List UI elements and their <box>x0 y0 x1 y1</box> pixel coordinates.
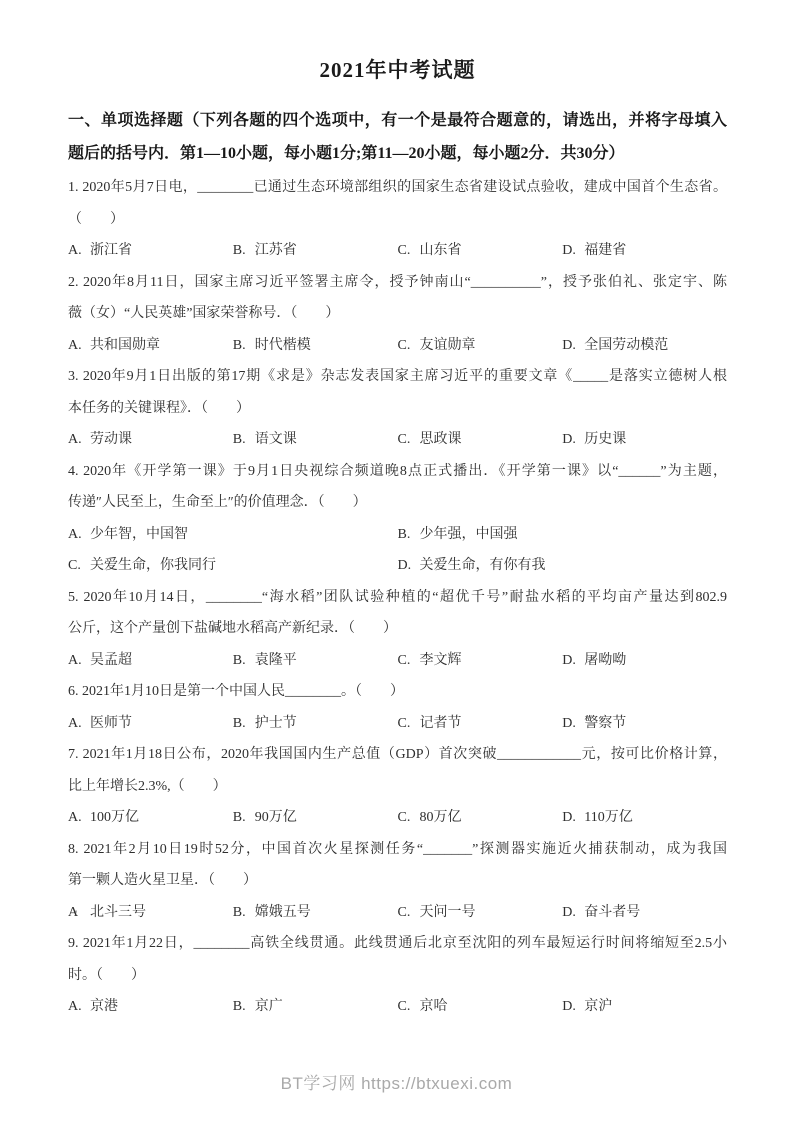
option-text: 少年强，中国强 <box>420 527 518 542</box>
option-letter: B. <box>233 897 247 929</box>
option-letter: B. <box>233 708 247 740</box>
option-text: 历史课 <box>584 432 626 447</box>
question-3-line-1: 3. 2020年9月1日出版的第17期《求是》杂志发表国家主席习近平的重要文章《… <box>68 361 727 393</box>
option-text: 李文辉 <box>420 653 462 668</box>
question-3-line-2: 本任务的关键课程》．（ ） <box>68 393 727 425</box>
option-text: 110万亿 <box>584 810 632 825</box>
option-c: C.京哈 <box>398 991 563 1023</box>
question-9-line-2: 时。（ ） <box>68 960 727 992</box>
option-text: 思政课 <box>420 432 462 447</box>
option-text: 时代楷模 <box>255 338 311 353</box>
option-letter: D. <box>562 235 576 267</box>
watermark-text: BT学习网 https://btxuexi.com <box>0 1069 793 1094</box>
option-text: 京港 <box>90 999 118 1014</box>
option-b: B.时代楷模 <box>233 330 398 362</box>
option-a: A北斗三号 <box>68 897 233 929</box>
question-5-line-2: 公斤，这个产量创下盐碱地水稻高产新纪录．（ ） <box>68 613 727 645</box>
option-d: D.屠呦呦 <box>562 645 727 677</box>
option-letter: A. <box>68 235 82 267</box>
option-letter: D. <box>562 991 576 1023</box>
option-b: B.袁隆平 <box>233 645 398 677</box>
question-8-line-2: 第一颗人造火星卫星．（ ） <box>68 865 727 897</box>
option-d: D.110万亿 <box>562 802 727 834</box>
option-text: 警察节 <box>584 716 626 731</box>
question-7-options: A.100万亿 B.90万亿 C.80万亿 D.110万亿 <box>68 802 727 834</box>
option-letter: C. <box>398 897 412 929</box>
option-text: 记者节 <box>420 716 462 731</box>
option-a: A.少年智，中国智 <box>68 519 398 551</box>
option-letter: A. <box>68 519 82 551</box>
option-letter: D. <box>562 708 576 740</box>
option-letter: C. <box>398 802 412 834</box>
section-heading-line-1: 一、单项选择题（下列各题的四个选项中，有一个是最符合题意的，请选出，并将字母填入 <box>68 104 727 137</box>
question-3-options: A.劳动课 B.语文课 C.思政课 D.历史课 <box>68 424 727 456</box>
option-b: B.护士节 <box>233 708 398 740</box>
question-list: 1. 2020年5月7日电，________已通过生态环境部组织的国家生态省建设… <box>68 172 727 1023</box>
option-letter: D. <box>562 645 576 677</box>
question-8-line-1: 8. 2021年2月10日19时52分，中国首次火星探测任务“_______”探… <box>68 834 727 866</box>
option-c: C.记者节 <box>398 708 563 740</box>
option-b: B.语文课 <box>233 424 398 456</box>
option-text: 吴孟超 <box>90 653 132 668</box>
option-d: D.警察节 <box>562 708 727 740</box>
option-text: 100万亿 <box>90 810 139 825</box>
option-letter: A. <box>68 802 82 834</box>
option-text: 江苏省 <box>255 243 297 258</box>
document-title: 2021年中考试题 <box>68 54 727 86</box>
question-1: 1. 2020年5月7日电，________已通过生态环境部组织的国家生态省建设… <box>68 172 727 267</box>
question-1-options: A.浙江省 B.江苏省 C.山东省 D.福建省 <box>68 235 727 267</box>
option-letter: B. <box>233 991 247 1023</box>
option-letter: D. <box>562 802 576 834</box>
option-a: A.共和国勋章 <box>68 330 233 362</box>
option-b: B.少年强，中国强 <box>398 519 728 551</box>
option-c: C.李文辉 <box>398 645 563 677</box>
option-letter: D. <box>562 424 576 456</box>
option-b: B.嫦娥五号 <box>233 897 398 929</box>
question-2-line-2: 薇（女）“人民英雄”国家荣誉称号．（ ） <box>68 298 727 330</box>
question-7-line-1: 7. 2021年1月18日公布，2020年我国国内生产总值（GDP）首次突破__… <box>68 739 727 771</box>
exam-document-page: 2021年中考试题 一、单项选择题（下列各题的四个选项中，有一个是最符合题意的，… <box>0 0 793 1122</box>
option-letter: B. <box>233 802 247 834</box>
question-4: 4. 2020年《开学第一课》于9月1日央视综合频道晚8点正式播出．《开学第一课… <box>68 456 727 582</box>
option-b: B.京广 <box>233 991 398 1023</box>
option-a: A.医师节 <box>68 708 233 740</box>
option-letter: A. <box>68 424 82 456</box>
option-text: 京广 <box>255 999 283 1014</box>
option-text: 京沪 <box>584 999 612 1014</box>
option-letter: B. <box>398 519 412 551</box>
option-text: 关爱生命，你我同行 <box>90 558 216 573</box>
section-heading: 一、单项选择题（下列各题的四个选项中，有一个是最符合题意的，请选出，并将字母填入… <box>68 104 727 170</box>
option-c: C.友谊勋章 <box>398 330 563 362</box>
option-text: 全国劳动模范 <box>584 338 668 353</box>
question-9: 9. 2021年1月22日，________高铁全线贯通。此线贯通后北京至沈阳的… <box>68 928 727 1023</box>
option-letter: B. <box>233 330 247 362</box>
option-letter: D. <box>398 550 412 582</box>
option-b: B.90万亿 <box>233 802 398 834</box>
option-text: 友谊勋章 <box>420 338 476 353</box>
question-9-options: A.京港 B.京广 C.京哈 D.京沪 <box>68 991 727 1023</box>
option-letter: B. <box>233 424 247 456</box>
question-4-options: A.少年智，中国智 B.少年强，中国强 C.关爱生命，你我同行 D.关爱生命，有… <box>68 519 727 582</box>
option-text: 80万亿 <box>420 810 462 825</box>
option-text: 嫦娥五号 <box>255 905 311 920</box>
option-c: C.天问一号 <box>398 897 563 929</box>
question-5-options: A.吴孟超 B.袁隆平 C.李文辉 D.屠呦呦 <box>68 645 727 677</box>
question-4-line-2: 传递″人民至上，生命至上″的价值理念．（ ） <box>68 487 727 519</box>
stray-ink-mark: ' <box>75 908 77 920</box>
option-text: 奋斗者号 <box>584 905 640 920</box>
option-letter: A. <box>68 330 82 362</box>
option-a: A.浙江省 <box>68 235 233 267</box>
question-1-line-1: 1. 2020年5月7日电，________已通过生态环境部组织的国家生态省建设… <box>68 172 727 204</box>
option-d: D.关爱生命，有你有我 <box>398 550 728 582</box>
option-text: 护士节 <box>255 716 297 731</box>
option-c: C.80万亿 <box>398 802 563 834</box>
option-text: 北斗三号 <box>90 905 146 920</box>
option-letter: B. <box>233 235 247 267</box>
option-text: 京哈 <box>420 999 448 1014</box>
question-2: 2. 2020年8月11日，国家主席习近平签署主席令，授予钟南山“_______… <box>68 267 727 362</box>
option-c: C.山东省 <box>398 235 563 267</box>
option-c: C.关爱生命，你我同行 <box>68 550 398 582</box>
question-2-options: A.共和国勋章 B.时代楷模 C.友谊勋章 D.全国劳动模范 <box>68 330 727 362</box>
option-letter: C. <box>68 550 82 582</box>
option-d: D.京沪 <box>562 991 727 1023</box>
option-text: 语文课 <box>255 432 297 447</box>
option-text: 山东省 <box>420 243 462 258</box>
question-4-line-1: 4. 2020年《开学第一课》于9月1日央视综合频道晚8点正式播出．《开学第一课… <box>68 456 727 488</box>
question-5: 5. 2020年10月14日，________“海水稻”团队试验种植的“超优千号… <box>68 582 727 677</box>
option-a: A.京港 <box>68 991 233 1023</box>
page-content: 2021年中考试题 一、单项选择题（下列各题的四个选项中，有一个是最符合题意的，… <box>0 54 793 1023</box>
option-a: A.劳动课 <box>68 424 233 456</box>
section-heading-line-2: 题后的括号内．第1—10小题，每小题1分;第11—20小题，每小题2分．共30分… <box>68 137 727 170</box>
option-d: D.奋斗者号 <box>562 897 727 929</box>
option-text: 浙江省 <box>90 243 132 258</box>
option-letter: C. <box>398 708 412 740</box>
question-6: 6. 2021年1月10日是第一个中国人民________。（ ） A.医师节 … <box>68 676 727 739</box>
option-b: B.江苏省 <box>233 235 398 267</box>
question-8: 8. 2021年2月10日19时52分，中国首次火星探测任务“_______”探… <box>68 834 727 929</box>
option-d: D.福建省 <box>562 235 727 267</box>
option-letter: B. <box>233 645 247 677</box>
option-letter: A. <box>68 991 82 1023</box>
question-3: 3. 2020年9月1日出版的第17期《求是》杂志发表国家主席习近平的重要文章《… <box>68 361 727 456</box>
option-letter: C. <box>398 330 412 362</box>
question-9-line-1: 9. 2021年1月22日，________高铁全线贯通。此线贯通后北京至沈阳的… <box>68 928 727 960</box>
option-text: 劳动课 <box>90 432 132 447</box>
option-letter: D. <box>562 897 576 929</box>
option-a: A.100万亿 <box>68 802 233 834</box>
question-8-options: A北斗三号 B.嫦娥五号 C.天问一号 D.奋斗者号 <box>68 897 727 929</box>
option-text: 福建省 <box>584 243 626 258</box>
option-d: D.全国劳动模范 <box>562 330 727 362</box>
option-letter: C. <box>398 645 412 677</box>
option-d: D.历史课 <box>562 424 727 456</box>
option-letter: A. <box>68 708 82 740</box>
option-letter: C. <box>398 424 412 456</box>
question-1-answer-brackets: （ ） <box>68 204 727 236</box>
option-text: 屠呦呦 <box>584 653 626 668</box>
option-text: 共和国勋章 <box>90 338 160 353</box>
option-text: 90万亿 <box>255 810 297 825</box>
question-7-line-2: 比上年增长2.3%,（ ） <box>68 771 727 803</box>
option-letter: C. <box>398 235 412 267</box>
option-text: 医师节 <box>90 716 132 731</box>
question-2-line-1: 2. 2020年8月11日，国家主席习近平签署主席令，授予钟南山“_______… <box>68 267 727 299</box>
option-text: 关爱生命，有你有我 <box>420 558 546 573</box>
question-5-line-1: 5. 2020年10月14日，________“海水稻”团队试验种植的“超优千号… <box>68 582 727 614</box>
option-text: 少年智，中国智 <box>90 527 188 542</box>
question-6-options: A.医师节 B.护士节 C.记者节 D.警察节 <box>68 708 727 740</box>
option-c: C.思政课 <box>398 424 563 456</box>
option-letter: A. <box>68 645 82 677</box>
option-text: 天问一号 <box>420 905 476 920</box>
option-a: A.吴孟超 <box>68 645 233 677</box>
option-letter: D. <box>562 330 576 362</box>
question-6-line-1: 6. 2021年1月10日是第一个中国人民________。（ ） <box>68 676 727 708</box>
option-text: 袁隆平 <box>255 653 297 668</box>
question-7: 7. 2021年1月18日公布，2020年我国国内生产总值（GDP）首次突破__… <box>68 739 727 834</box>
option-letter: C. <box>398 991 412 1023</box>
